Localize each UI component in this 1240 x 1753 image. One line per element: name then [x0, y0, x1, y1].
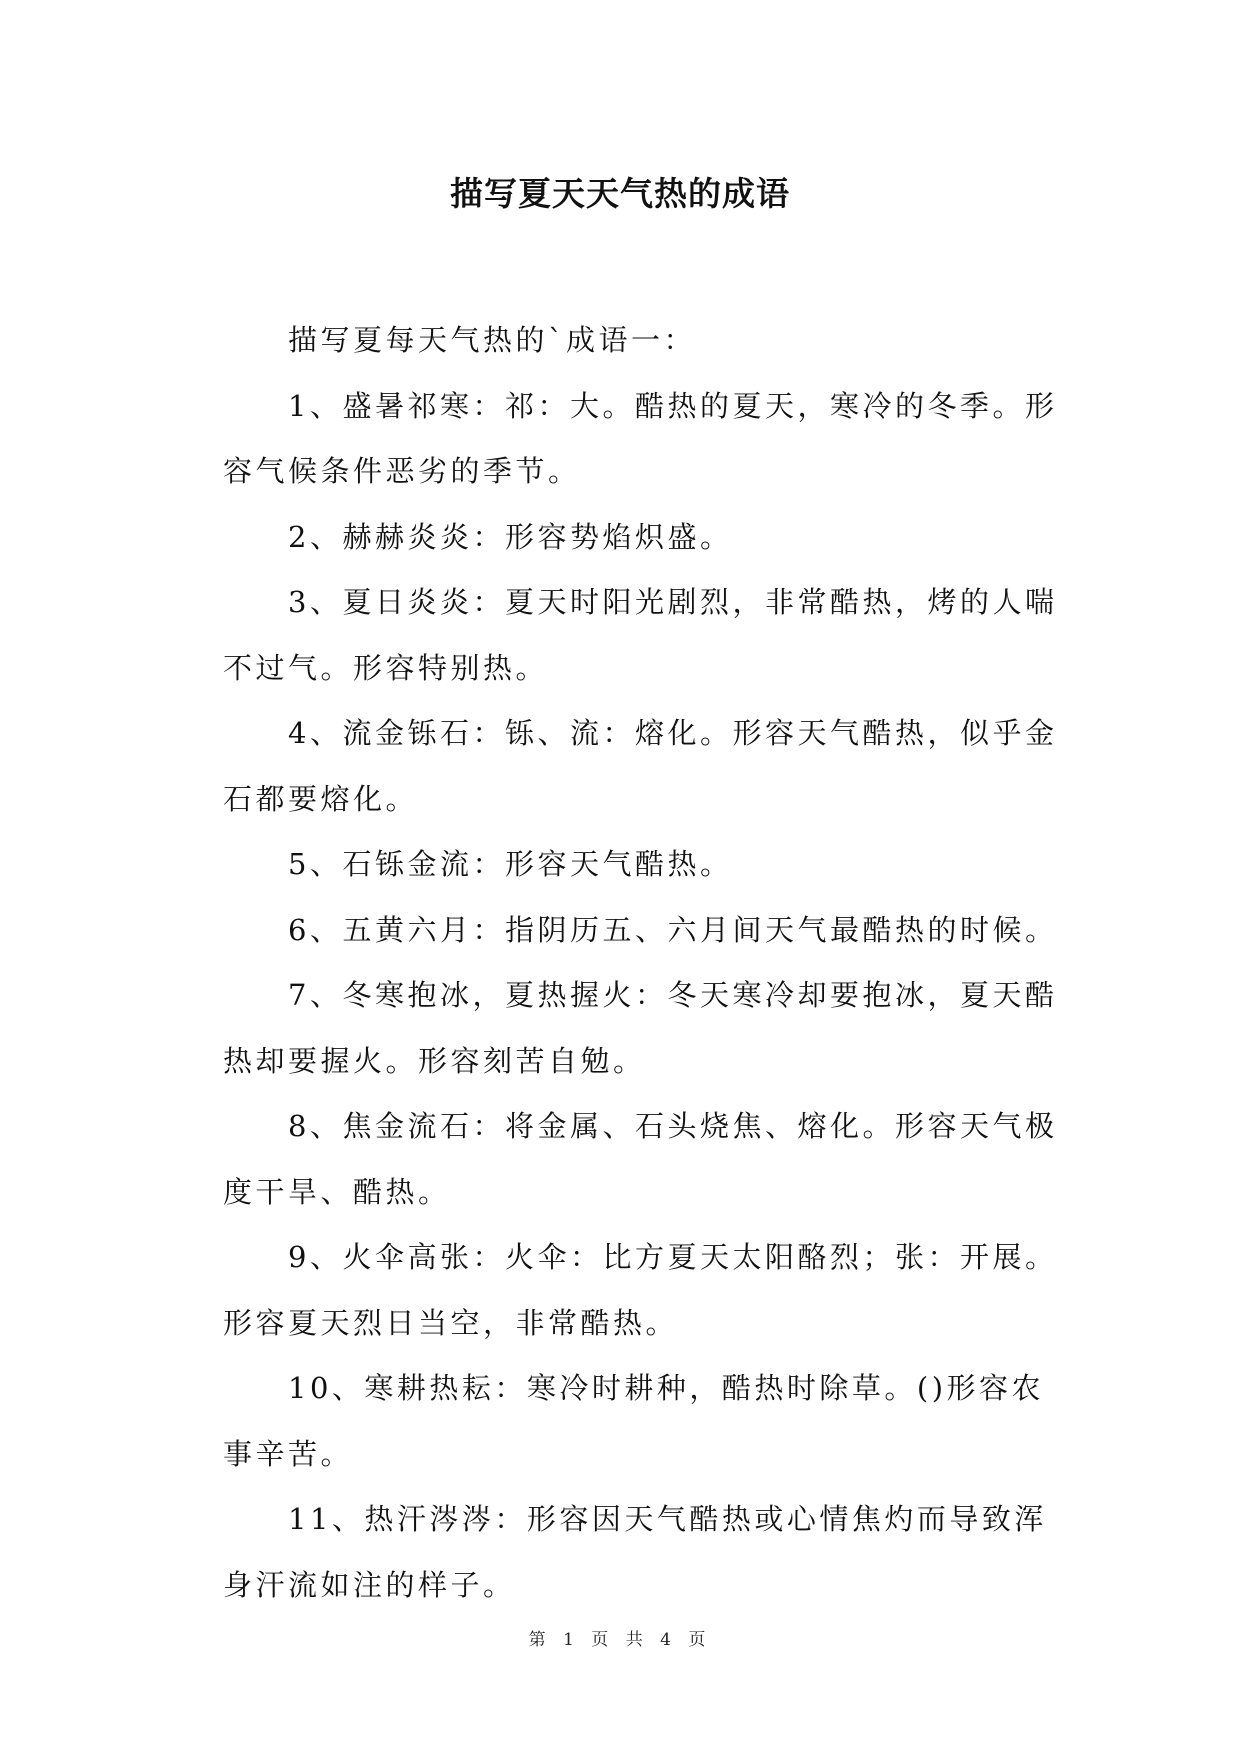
idiom-item: 2、赫赫炎炎：形容势焰炽盛。 — [223, 505, 1075, 571]
idiom-item: 6、五黄六月：指阴历五、六月间天气最酷热的时候。 — [223, 898, 1075, 964]
page-title: 描写夏天天气热的成语 — [0, 172, 1240, 216]
page-number-footer: 第 1 页 共 4 页 — [0, 1625, 1240, 1650]
idiom-item: 7、冬寒抱冰，夏热握火：冬天寒冷却要抱冰，夏天酷热却要握火。形容刻苦自勉。 — [223, 963, 1075, 1094]
idiom-item: 3、夏日炎炎：夏天时阳光剧烈，非常酷热，烤的人喘不过气。形容特别热。 — [223, 570, 1075, 701]
idiom-item: 8、焦金流石：将金属、石头烧焦、熔化。形容天气极度干旱、酷热。 — [223, 1094, 1075, 1225]
intro-paragraph: 描写夏每天气热的`成语一： — [223, 308, 1075, 374]
document-body: 描写夏每天气热的`成语一： 1、盛暑祁寒：祁：大。酷热的夏天，寒冷的冬季。形容气… — [223, 308, 1075, 1618]
idiom-item: 1、盛暑祁寒：祁：大。酷热的夏天，寒冷的冬季。形容气候条件恶劣的季节。 — [223, 374, 1075, 505]
idiom-item: 5、石铄金流：形容天气酷热。 — [223, 832, 1075, 898]
idiom-item: 9、火伞高张：火伞：比方夏天太阳酪烈；张：开展。形容夏天烈日当空，非常酷热。 — [223, 1225, 1075, 1356]
idiom-item: 4、流金铄石：铄、流：熔化。形容天气酷热，似乎金石都要熔化。 — [223, 701, 1075, 832]
idiom-item: 10、寒耕热耘：寒冷时耕种，酷热时除草。()形容农事辛苦。 — [223, 1356, 1075, 1487]
idiom-item: 11、热汗涔涔：形容因天气酷热或心情焦灼而导致浑身汗流如注的样子。 — [223, 1487, 1075, 1618]
document-page: 描写夏天天气热的成语 描写夏每天气热的`成语一： 1、盛暑祁寒：祁：大。酷热的夏… — [0, 0, 1240, 1753]
